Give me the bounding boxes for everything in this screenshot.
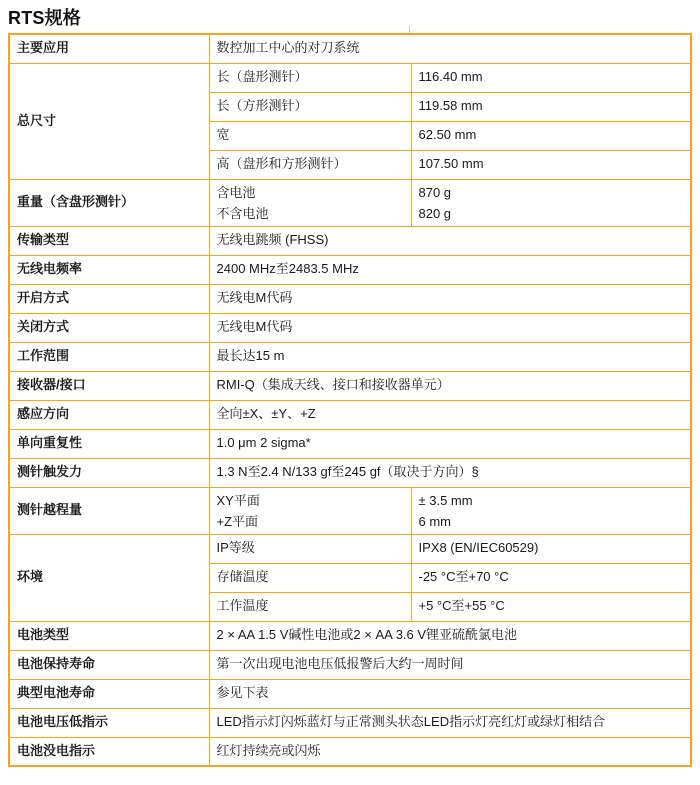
table-row: 电池电压低指示 LED指示灯闪烁蓝灯与正常测头状态LED指示灯亮红灯或绿灯相结合 [9, 708, 691, 737]
row-label: 工作范围 [9, 342, 209, 371]
row-label: 典型电池寿命 [9, 679, 209, 708]
table-row: 环境 IP等级 IPX8 (EN/IEC60529) [9, 534, 691, 563]
param-value-line: 870 g [419, 182, 685, 203]
row-value: 最长达15 m [209, 342, 691, 371]
row-label: 重量（含盘形测针） [9, 179, 209, 226]
row-label: 测针触发力 [9, 458, 209, 487]
table-row: 传输类型 无线电跳频 (FHSS) [9, 226, 691, 255]
table-row: 重量（含盘形测针） 含电池 不含电池 870 g 820 g [9, 179, 691, 226]
table-row: 开启方式 无线电M代码 [9, 284, 691, 313]
row-value: 无线电跳频 (FHSS) [209, 226, 691, 255]
spec-table: 主要应用 数控加工中心的对刀系统 总尺寸 长（盘形测针） 116.40 mm 长… [8, 33, 692, 767]
row-label: 感应方向 [9, 400, 209, 429]
row-label: 测针越程量 [9, 487, 209, 534]
table-row: 感应方向 全向±X、±Y、+Z [9, 400, 691, 429]
row-label: 关闭方式 [9, 313, 209, 342]
param-value: 107.50 mm [411, 150, 691, 179]
param-value: -25 °C至+70 °C [411, 563, 691, 592]
table-row: 单向重复性 1.0 μm 2 sigma* [9, 429, 691, 458]
table-row: 电池类型 2 × AA 1.5 V碱性电池或2 × AA 3.6 V锂亚硫酰氯电… [9, 621, 691, 650]
row-value: 参见下表 [209, 679, 691, 708]
row-label: 电池电压低指示 [9, 708, 209, 737]
param-value-line: 6 mm [419, 511, 685, 532]
table-row: 测针越程量 XY平面 +Z平面 ± 3.5 mm 6 mm [9, 487, 691, 534]
row-value: 无线电M代码 [209, 313, 691, 342]
param-value-line: 820 g [419, 203, 685, 224]
param-name: 工作温度 [209, 592, 411, 621]
row-value: 1.3 N至2.4 N/133 gf至245 gf（取决于方向）§ [209, 458, 691, 487]
table-row: 主要应用 数控加工中心的对刀系统 [9, 34, 691, 63]
row-value: 2400 MHz至2483.5 MHz [209, 255, 691, 284]
param-value: 119.58 mm [411, 92, 691, 121]
table-row: 接收器/接口 RMI-Q（集成天线、接口和接收器单元） [9, 371, 691, 400]
table-row: 电池保持寿命 第一次出现电池电压低报警后大约一周时间 [9, 650, 691, 679]
row-value: 第一次出现电池电压低报警后大约一周时间 [209, 650, 691, 679]
row-label: 单向重复性 [9, 429, 209, 458]
row-label: 主要应用 [9, 34, 209, 63]
param-value: 870 g 820 g [411, 179, 691, 226]
row-label: 电池保持寿命 [9, 650, 209, 679]
param-name: 长（盘形测针） [209, 63, 411, 92]
param-name-line: 含电池 [217, 182, 405, 203]
page-title: RTS规格 [8, 4, 81, 30]
row-value: LED指示灯闪烁蓝灯与正常测头状态LED指示灯亮红灯或绿灯相结合 [209, 708, 691, 737]
row-label: 开启方式 [9, 284, 209, 313]
row-value: 2 × AA 1.5 V碱性电池或2 × AA 3.6 V锂亚硫酰氯电池 [209, 621, 691, 650]
param-value: ± 3.5 mm 6 mm [411, 487, 691, 534]
table-row: 总尺寸 长（盘形测针） 116.40 mm [9, 63, 691, 92]
param-name-line: +Z平面 [217, 511, 405, 532]
param-value: +5 °C至+55 °C [411, 592, 691, 621]
param-value: 62.50 mm [411, 121, 691, 150]
table-row: 关闭方式 无线电M代码 [9, 313, 691, 342]
row-value: 无线电M代码 [209, 284, 691, 313]
table-row: 无线电频率 2400 MHz至2483.5 MHz [9, 255, 691, 284]
row-label: 无线电频率 [9, 255, 209, 284]
param-name: XY平面 +Z平面 [209, 487, 411, 534]
table-row: 工作范围 最长达15 m [9, 342, 691, 371]
row-label: 传输类型 [9, 226, 209, 255]
param-name: 长（方形测针） [209, 92, 411, 121]
row-label: 电池没电指示 [9, 737, 209, 766]
param-name: 高（盘形和方形测针） [209, 150, 411, 179]
row-value: RMI-Q（集成天线、接口和接收器单元） [209, 371, 691, 400]
param-value: 116.40 mm [411, 63, 691, 92]
table-row: 电池没电指示 红灯持续亮或闪烁 [9, 737, 691, 766]
param-value: IPX8 (EN/IEC60529) [411, 534, 691, 563]
row-value: 1.0 μm 2 sigma* [209, 429, 691, 458]
row-label: 电池类型 [9, 621, 209, 650]
row-value: 数控加工中心的对刀系统 [209, 34, 691, 63]
table-row: 测针触发力 1.3 N至2.4 N/133 gf至245 gf（取决于方向）§ [9, 458, 691, 487]
param-name: 含电池 不含电池 [209, 179, 411, 226]
param-name-line: XY平面 [217, 490, 405, 511]
row-value: 全向±X、±Y、+Z [209, 400, 691, 429]
param-name: IP等级 [209, 534, 411, 563]
row-label: 环境 [9, 534, 209, 621]
row-label: 总尺寸 [9, 63, 209, 179]
row-label: 接收器/接口 [9, 371, 209, 400]
table-row: 典型电池寿命 参见下表 [9, 679, 691, 708]
row-value: 红灯持续亮或闪烁 [209, 737, 691, 766]
param-value-line: ± 3.5 mm [419, 490, 685, 511]
param-name: 存储温度 [209, 563, 411, 592]
param-name: 宽 [209, 121, 411, 150]
param-name-line: 不含电池 [217, 203, 405, 224]
